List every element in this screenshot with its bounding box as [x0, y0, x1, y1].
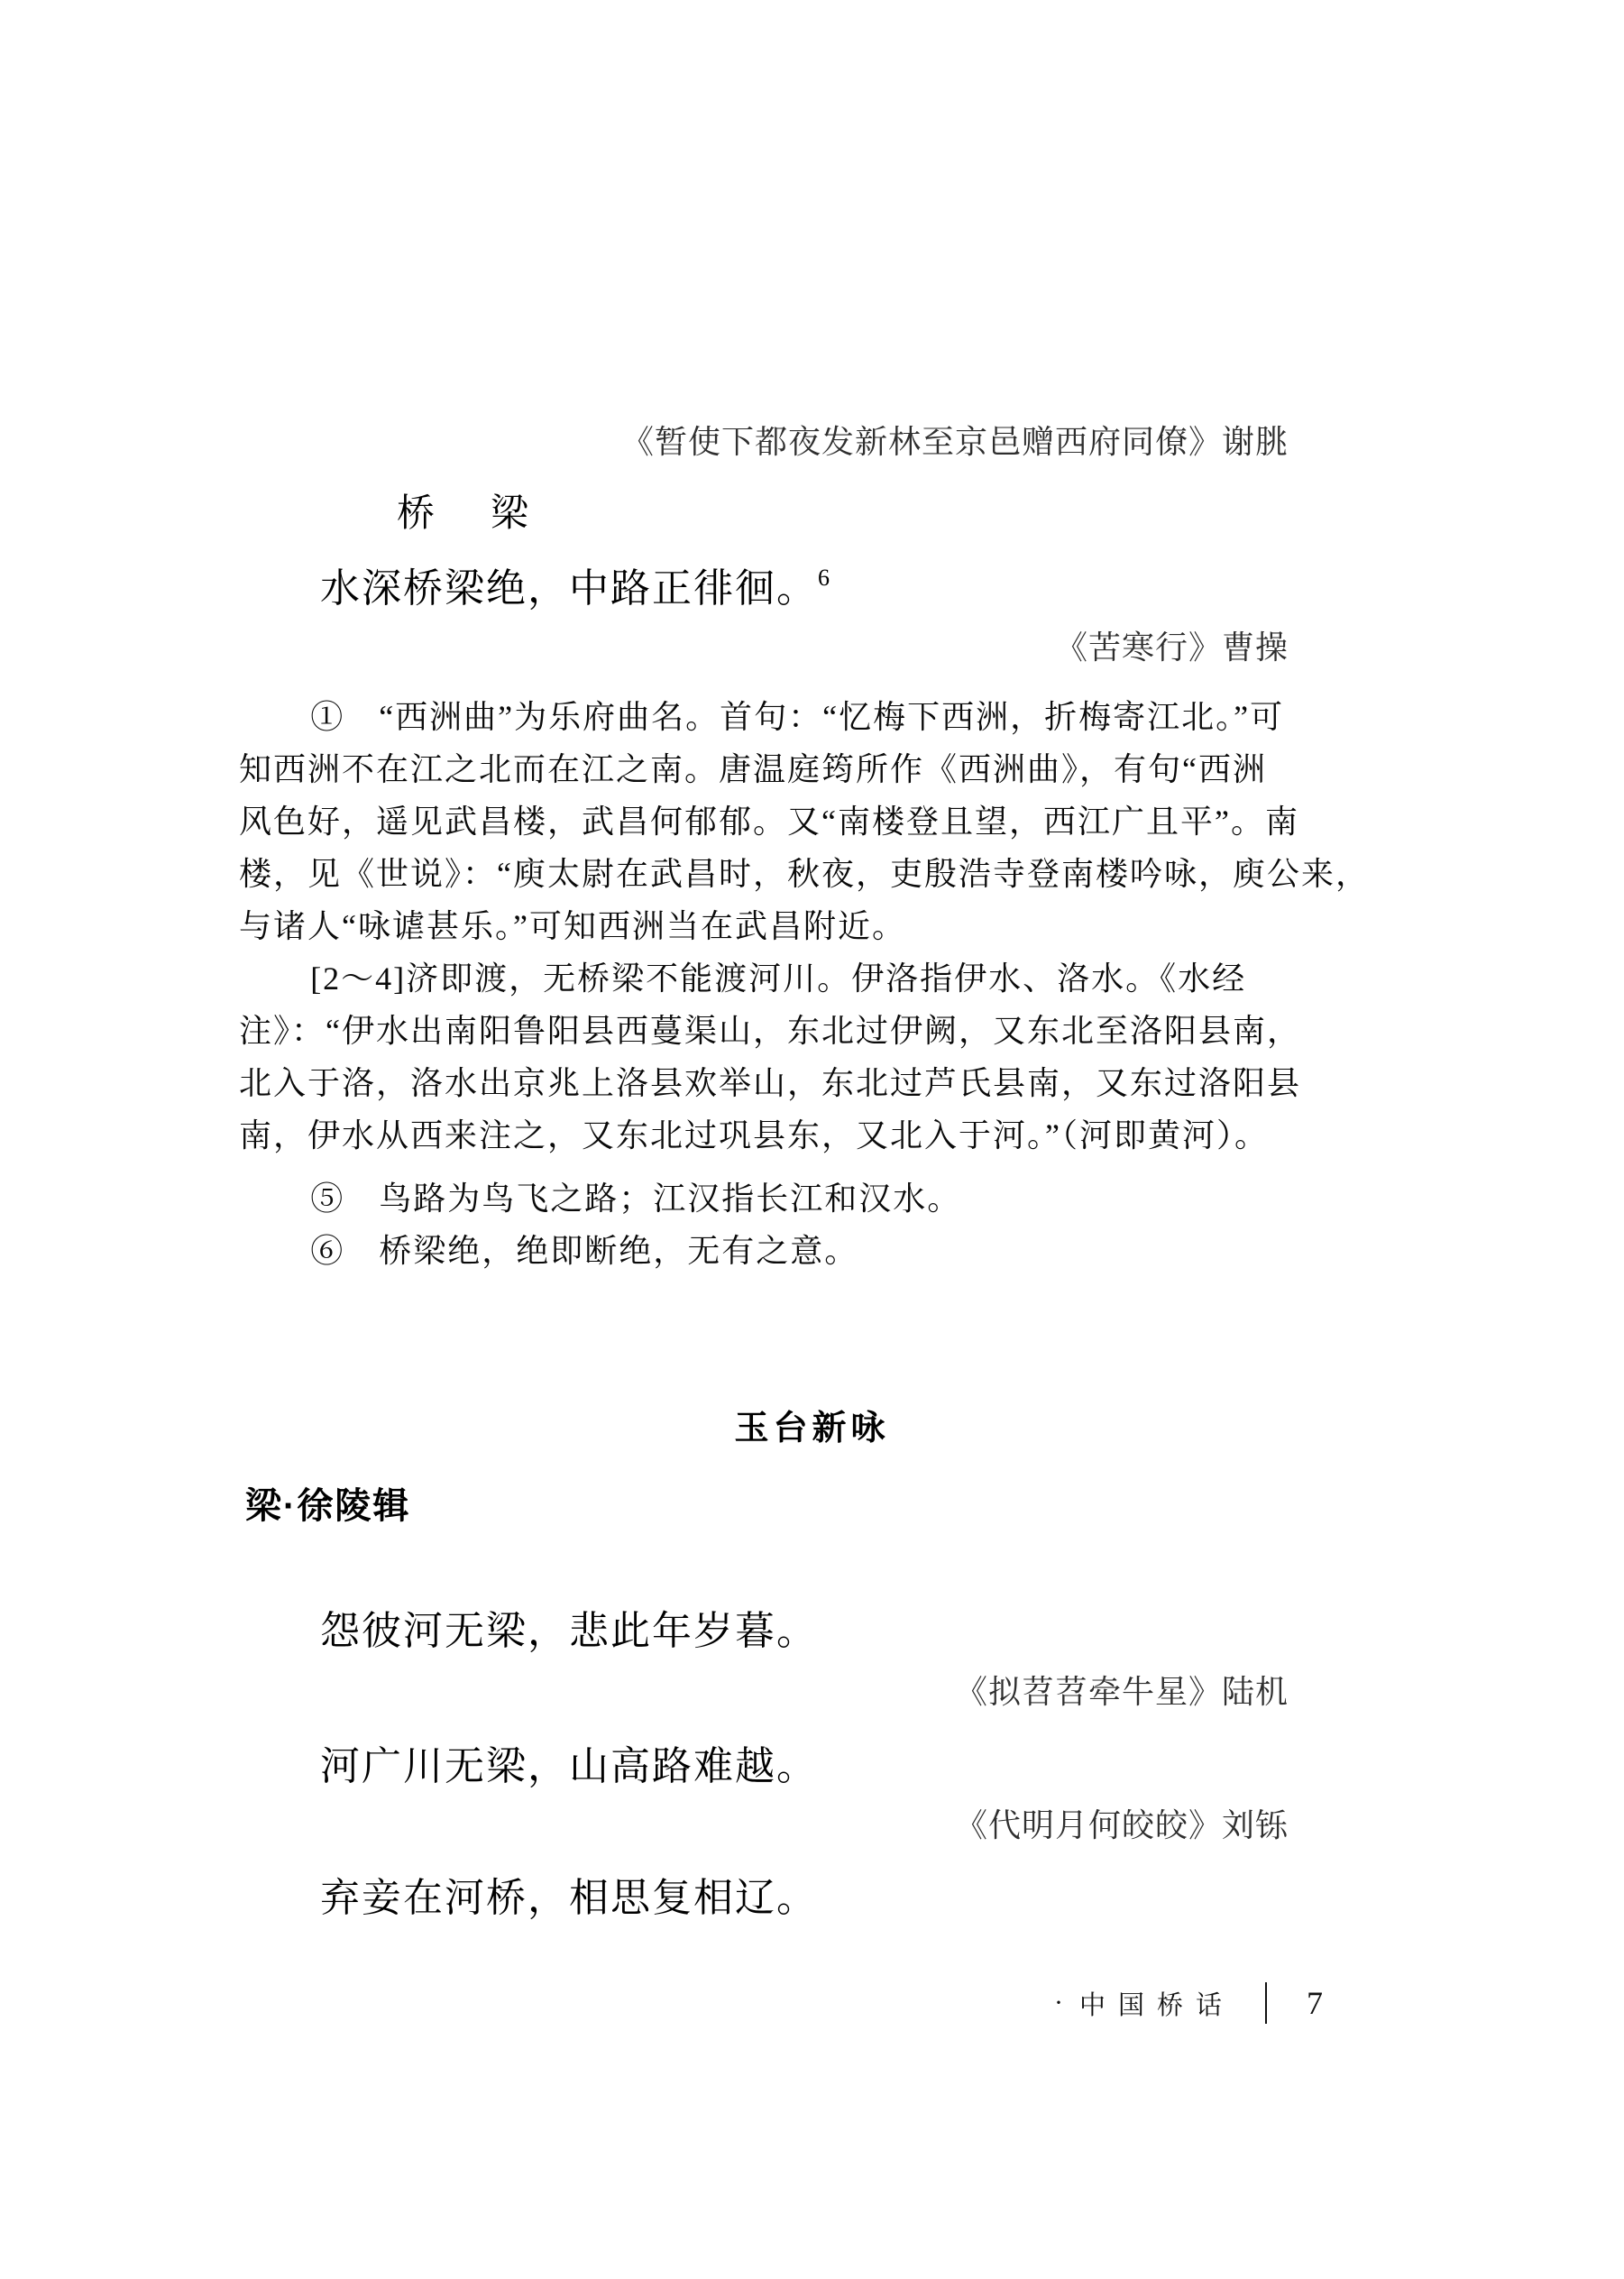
note-2-4-line-2: 注》：“伊水出南阳鲁阳县西蔓渠山，东北过伊阙，又东北至洛阳县南， — [239, 1005, 1407, 1057]
verse-line-yuanbihe: 怨彼河无梁，悲此年岁暮。 — [320, 1598, 818, 1656]
page-footer: · 中国桥话 7 — [1054, 1982, 1323, 2024]
verse-text: 水深桥梁绝，中路正徘徊。 — [320, 566, 818, 611]
footer-divider — [1265, 1982, 1267, 2024]
verse-line-qiqie: 弃妾在河桥，相思复相辽。 — [320, 1865, 818, 1923]
section-editor: 梁·徐陵辑 — [245, 1477, 410, 1529]
book-page: 《暂使下都夜发新林至京邑赠西府同僚》谢朓 桥 梁 水深桥梁绝，中路正徘徊。6 《… — [0, 0, 1624, 2279]
footer-bullet: · — [1054, 1988, 1063, 2018]
note-1-line-2: 知西洲不在江之北而在江之南。唐温庭筠所作《西洲曲》，有句“西洲 — [239, 743, 1407, 795]
poem-title-qiaoliang: 桥 梁 — [397, 483, 537, 538]
note-1-line-3: 风色好，遥见武昌楼，武昌何郁郁。又“南楼登且望，西江广且平”。南 — [239, 795, 1407, 848]
section-title-yutaixinyong: 玉台新咏 — [0, 1400, 1624, 1449]
footnote-ref-6: 6 — [818, 565, 830, 591]
annotations-block: ① “西洲曲”为乐府曲名。首句：“忆梅下西洲，折梅寄江北。”可 知西洲不在江之北… — [239, 691, 1407, 1277]
note-2-4-line-4: 南，伊水从西来注之，又东北过巩县东，又北入于河。”（河即黄河）。 — [239, 1109, 1407, 1162]
poem-source-cao-cao: 《苦寒行》曹操 — [1055, 622, 1289, 668]
footer-book-title: 中国桥话 — [1079, 1985, 1234, 2022]
note-1-line-1: ① “西洲曲”为乐府曲名。首句：“忆梅下西洲，折梅寄江北。”可 — [239, 691, 1407, 743]
note-2-4-line-1: [2～4]济即渡，无桥梁不能渡河川。伊洛指伊水、洛水。《水经 — [239, 952, 1407, 1005]
note-2-4-line-3: 北入于洛，洛水出京兆上洛县欢举山，东北过芦氏县南，又东过洛阳县 — [239, 1057, 1407, 1109]
note-5: ⑤ 鸟路为鸟飞之路；江汉指长江和汉水。 — [239, 1172, 1407, 1225]
note-1-line-5: 与诸人“咏谑甚乐。”可知西洲当在武昌附近。 — [239, 900, 1407, 952]
verse-line-heguangchuan: 河广川无梁，山高路难越。 — [320, 1733, 818, 1791]
verse-line-shuishen: 水深桥梁绝，中路正徘徊。6 — [320, 556, 830, 613]
poem-source-lu-ji: 《拟苕苕牵牛星》陆机 — [955, 1667, 1289, 1713]
footer-page-number: 7 — [1307, 1984, 1323, 2022]
note-6: ⑥ 桥梁绝，绝即断绝，无有之意。 — [239, 1225, 1407, 1277]
poem-source-xie-tiao: 《暂使下都夜发新林至京邑赠西府同僚》谢朓 — [621, 417, 1289, 463]
note-1-line-4: 楼，见《世说》：“庾太尉在武昌时，秋夜，吏殷浩寺登南楼吟咏，庾公来， — [239, 848, 1407, 900]
poem-source-liu-shuo: 《代明月何皎皎》刘铄 — [955, 1800, 1289, 1846]
